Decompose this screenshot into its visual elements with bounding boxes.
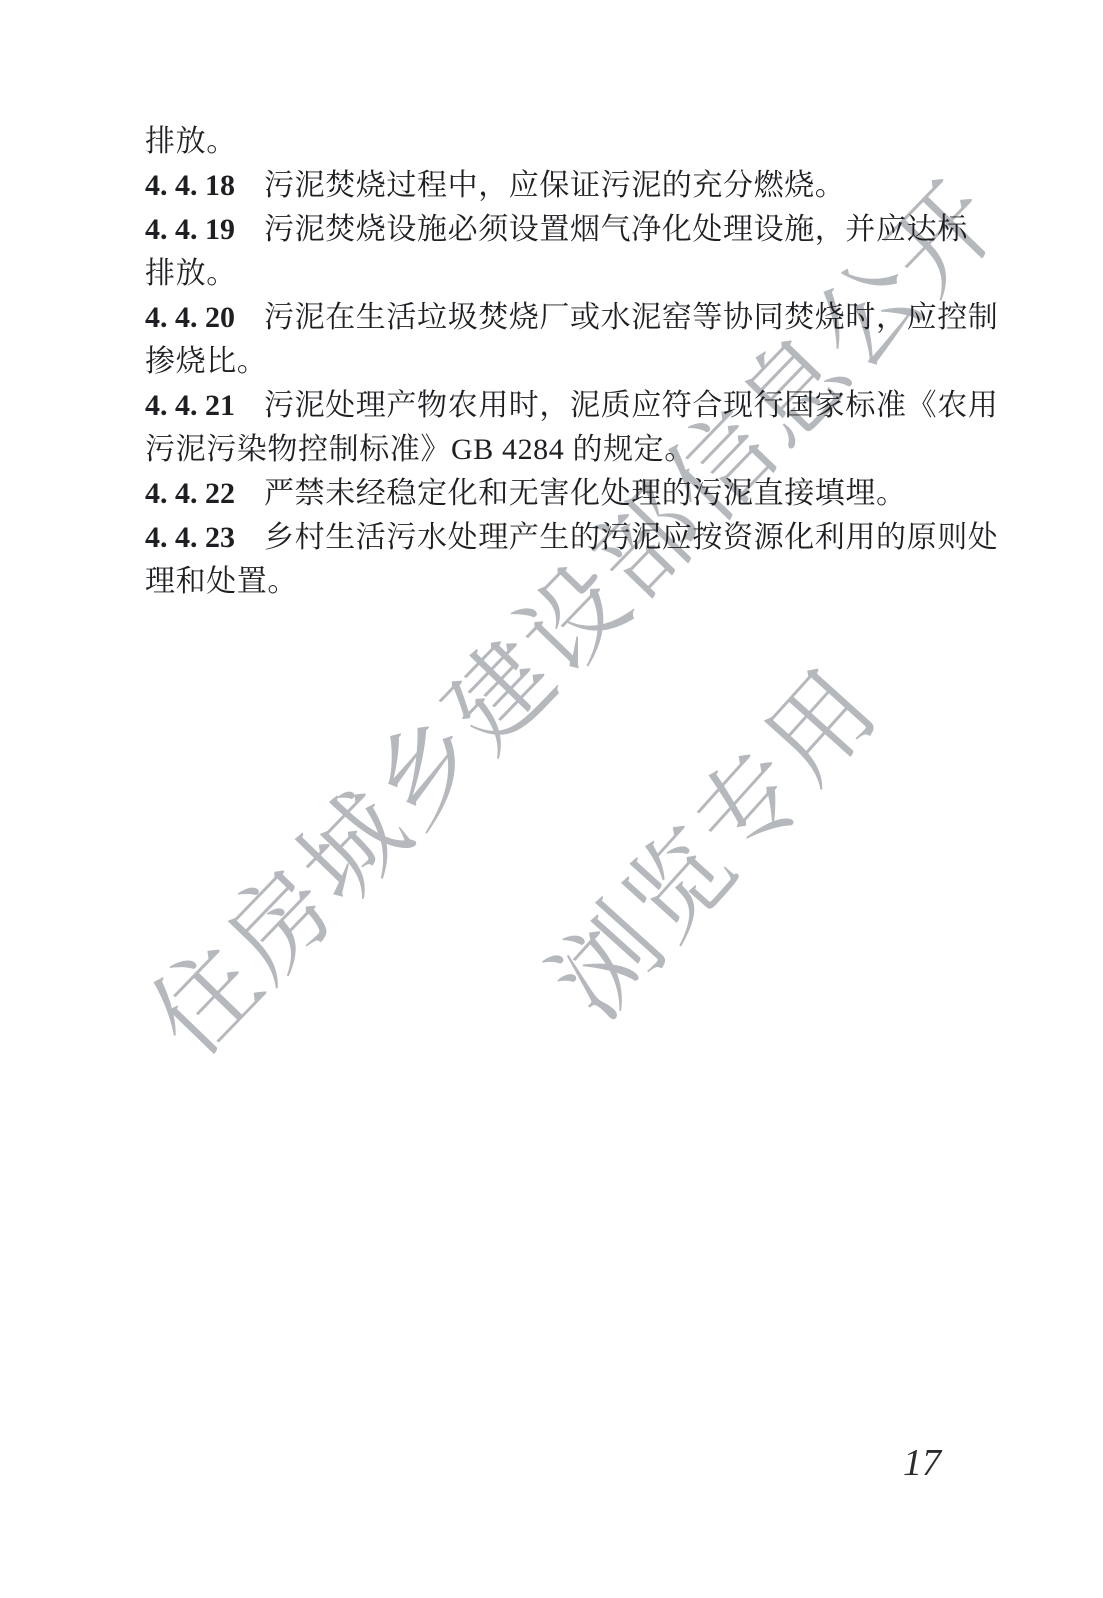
clause-number: 4. 4. 23 — [145, 521, 235, 554]
clause-text: 排放。 — [145, 125, 237, 158]
clause-text: 乡村生活污水处理产生的污泥应按资源化利用的原则处 — [264, 521, 998, 554]
clause-line: 污泥污染物控制标准》GB 4284 的规定。 — [145, 428, 1025, 472]
page-number: 17 — [903, 1444, 941, 1482]
clause-text: 理和处置。 — [145, 565, 298, 598]
clause-number: 4. 4. 19 — [145, 213, 235, 246]
clause-line: 4. 4. 19污泥焚烧设施必须设置烟气净化处理设施，并应达标 — [145, 208, 1025, 252]
clause-text: 污泥处理产物农用时，泥质应符合现行国家标准《农用 — [264, 389, 998, 422]
clause-number: 4. 4. 18 — [145, 169, 235, 202]
clause-line: 掺烧比。 — [145, 340, 1025, 384]
clause-text-block: 排放。 4. 4. 18污泥焚烧过程中，应保证污泥的充分燃烧。 4. 4. 19… — [145, 120, 1025, 604]
clause-number: 4. 4. 21 — [145, 389, 235, 422]
clause-text: 污泥焚烧过程中，应保证污泥的充分燃烧。 — [264, 169, 845, 202]
clause-text: 污泥焚烧设施必须设置烟气净化处理设施，并应达标 — [264, 213, 968, 246]
clause-line: 4. 4. 20污泥在生活垃圾焚烧厂或水泥窑等协同焚烧时，应控制 — [145, 296, 1025, 340]
document-page: 住房城乡建设部信息公开 浏览专用 排放。 4. 4. 18污泥焚烧过程中，应保证… — [0, 0, 1103, 1598]
clause-text: 污泥污染物控制标准》GB 4284 的规定。 — [145, 433, 695, 466]
clause-line: 4. 4. 22严禁未经稳定化和无害化处理的污泥直接填埋。 — [145, 472, 1025, 516]
clause-line: 排放。 — [145, 120, 1025, 164]
clause-number: 4. 4. 22 — [145, 477, 235, 510]
clause-text: 掺烧比。 — [145, 345, 267, 378]
clause-line: 4. 4. 23乡村生活污水处理产生的污泥应按资源化利用的原则处 — [145, 516, 1025, 560]
clause-line: 4. 4. 21污泥处理产物农用时，泥质应符合现行国家标准《农用 — [145, 384, 1025, 428]
clause-line: 理和处置。 — [145, 560, 1025, 604]
clause-line: 排放。 — [145, 252, 1025, 296]
clause-line: 4. 4. 18污泥焚烧过程中，应保证污泥的充分燃烧。 — [145, 164, 1025, 208]
watermark-browse-only: 浏览专用 — [514, 632, 906, 1045]
clause-text: 严禁未经稳定化和无害化处理的污泥直接填埋。 — [264, 477, 907, 510]
clause-number: 4. 4. 20 — [145, 301, 235, 334]
clause-text: 污泥在生活垃圾焚烧厂或水泥窑等协同焚烧时，应控制 — [264, 301, 998, 334]
clause-text: 排放。 — [145, 257, 237, 290]
